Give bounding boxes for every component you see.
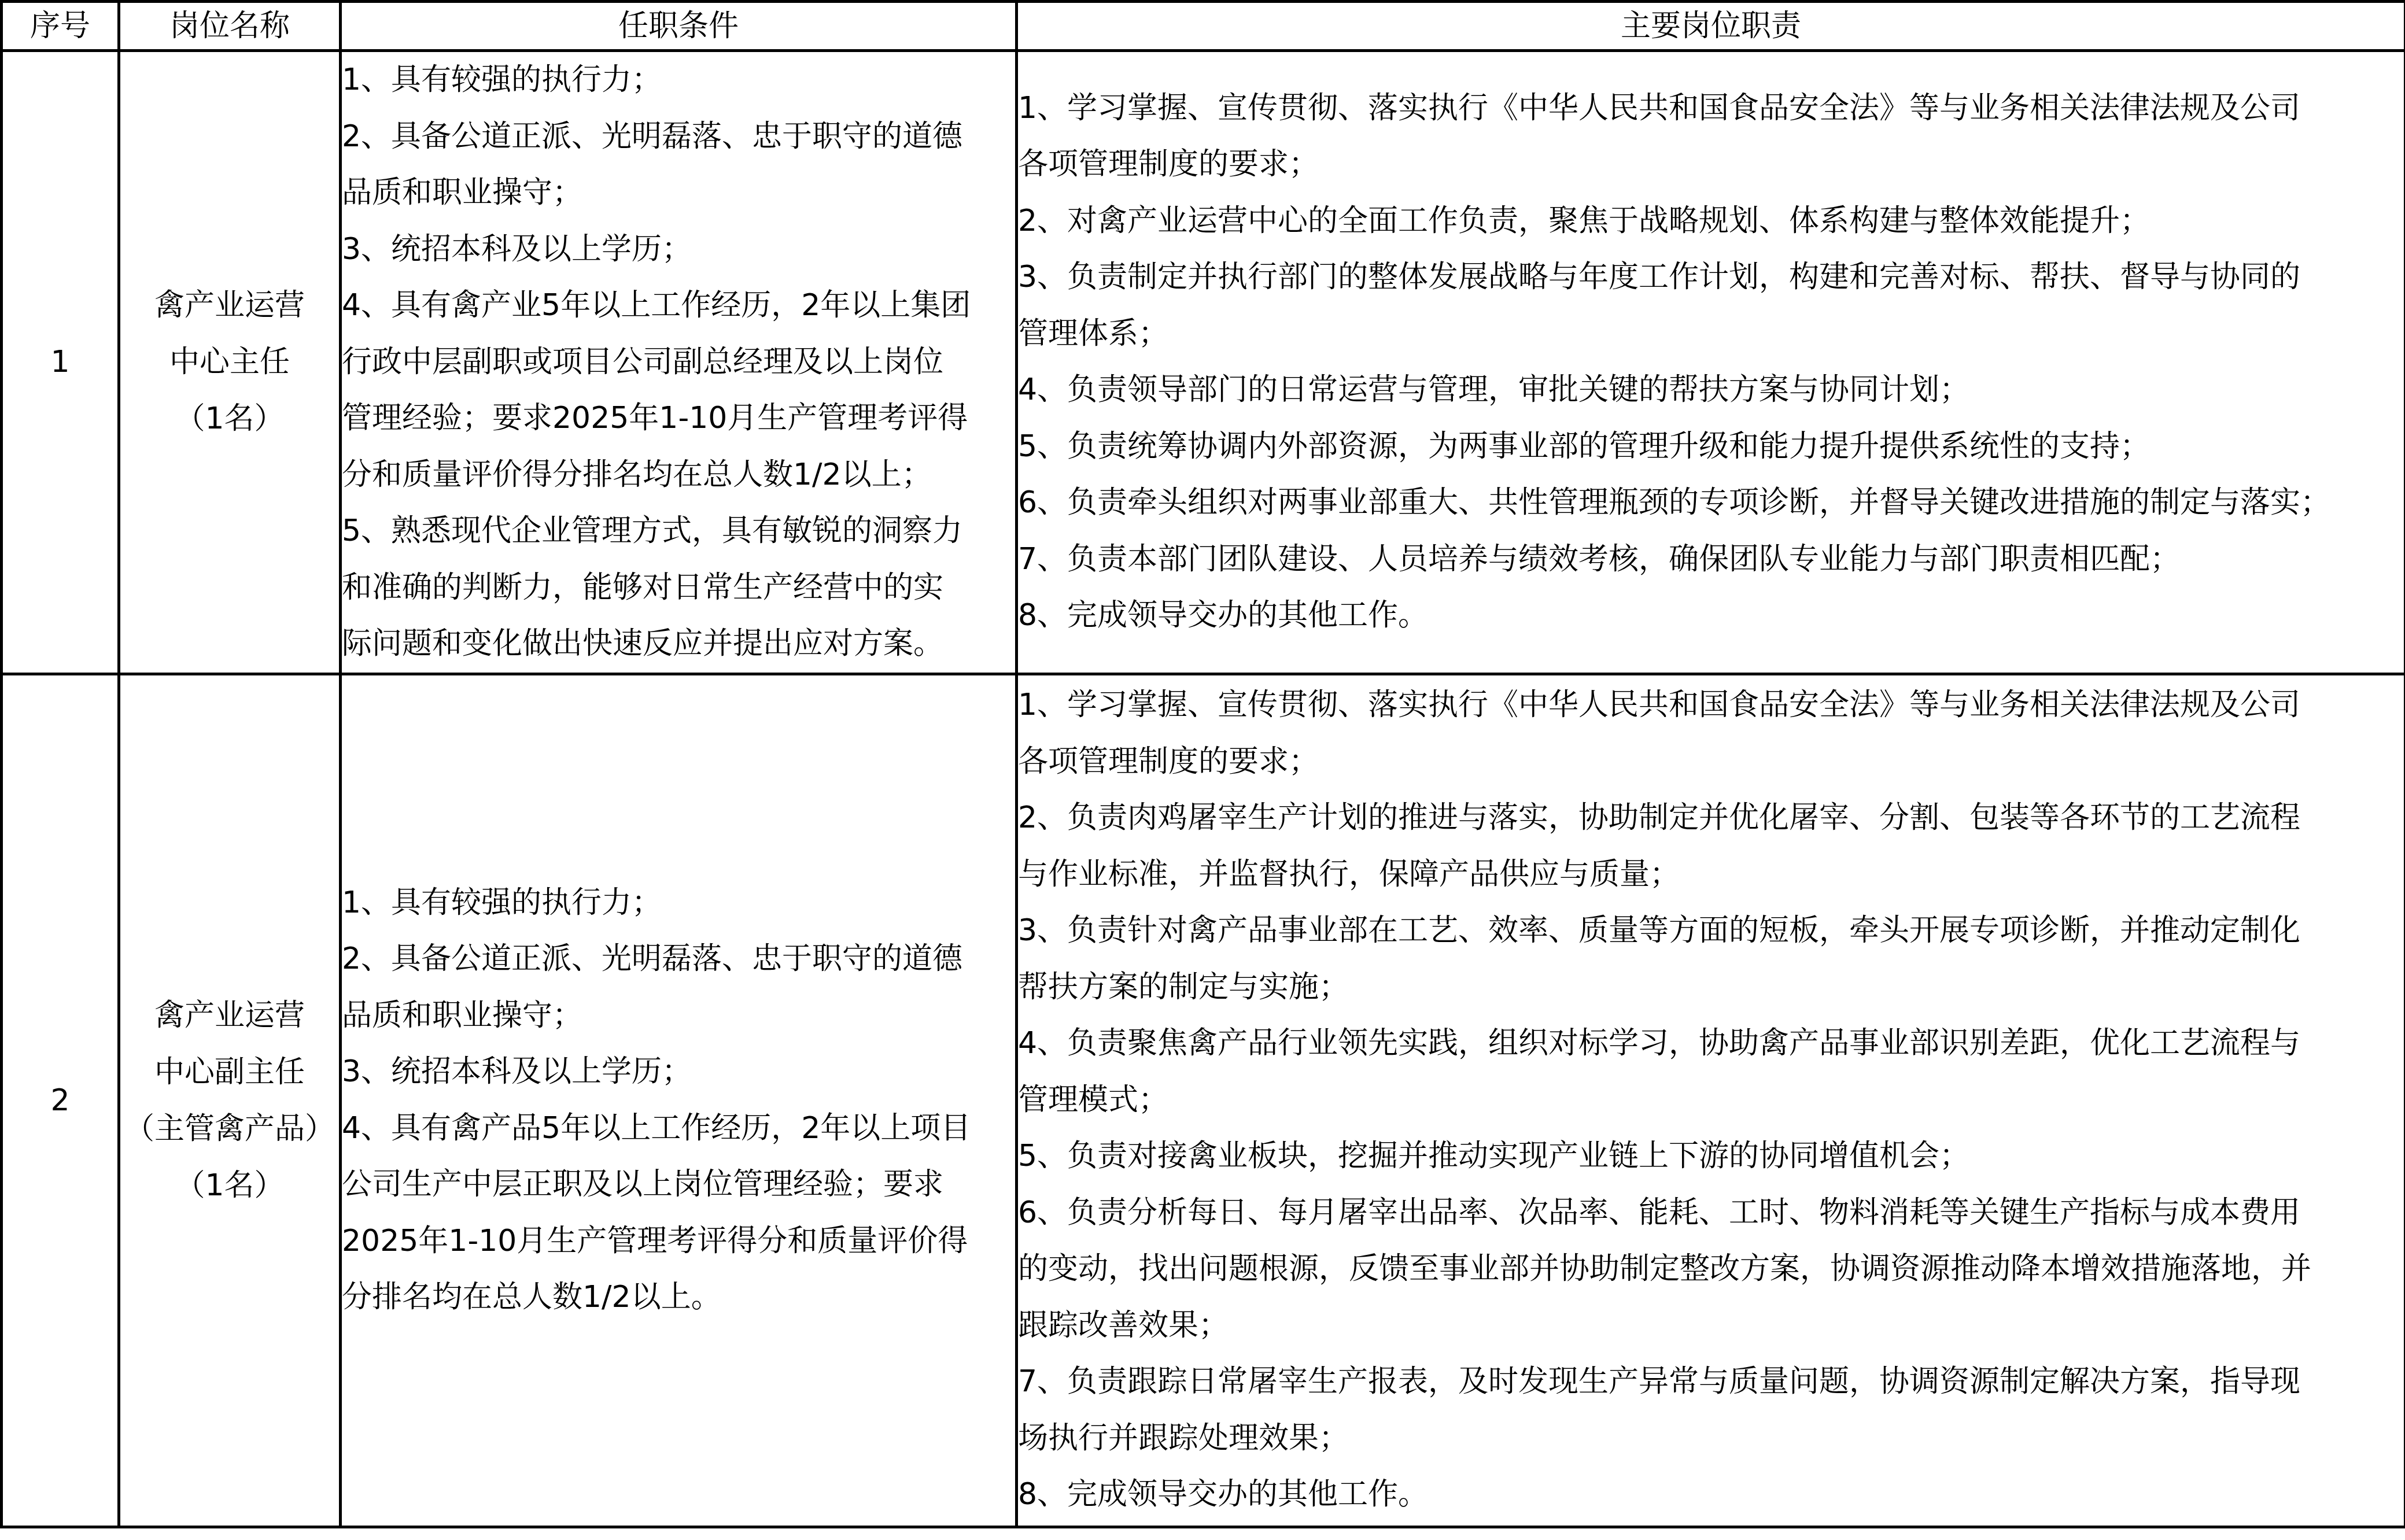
requirement-line: 4、具有禽产品5年以上工作经历，2年以上项目 xyxy=(342,1100,1015,1157)
table-row: 1 禽产业运营 中心主任 （1名） 1、具有较强的执行力； 2、具备公道正派、光… xyxy=(2,51,2405,674)
duty-line: 7、负责跟踪日常屠宰生产报表，及时发现生产异常与质量问题，协调资源制定解决方案，… xyxy=(1018,1354,2404,1410)
duty-line: 与作业标准，并监督执行，保障产品供应与质量； xyxy=(1018,847,2404,903)
duty-line: 5、负责统筹协调内外部资源，为两事业部的管理升级和能力提升提供系统性的支持； xyxy=(1018,419,2404,475)
position-name-cell: 禽产业运营 中心主任 （1名） xyxy=(119,51,341,674)
duty-line: 3、负责针对禽产品事业部在工艺、效率、质量等方面的短板，牵头开展专项诊断，并推动… xyxy=(1018,903,2404,959)
duty-line: 6、负责分析每日、每月屠宰出品率、次品率、能耗、工时、物料消耗等关键生产指标与成… xyxy=(1018,1185,2404,1242)
row-index: 1 xyxy=(2,51,119,674)
header-position-name: 岗位名称 xyxy=(119,2,341,51)
requirement-line: 公司生产中层正职及以上岗位管理经验；要求 xyxy=(342,1157,1015,1213)
position-name-line: 禽产业运营 xyxy=(120,277,339,334)
requirements-cell: 1、具有较强的执行力； 2、具备公道正派、光明磊落、忠于职守的道德 品质和职业操… xyxy=(341,674,1017,1527)
requirement-line: 行政中层副职或项目公司副总经理及以上岗位 xyxy=(342,334,1015,391)
duty-line: 4、负责领导部门的日常运营与管理，审批关键的帮扶方案与协同计划； xyxy=(1018,362,2404,419)
requirement-line: 分和质量评价得分排名均在总人数1/2以上； xyxy=(342,447,1015,504)
table-row: 2 禽产业运营 中心副主任 （主管禽产品） （1名） 1、具有较强的执行力； 2… xyxy=(2,674,2405,1527)
header-index: 序号 xyxy=(2,2,119,51)
duty-line: 场执行并跟踪处理效果； xyxy=(1018,1410,2404,1467)
requirements-cell: 1、具有较强的执行力； 2、具备公道正派、光明磊落、忠于职守的道德 品质和职业操… xyxy=(341,51,1017,674)
duty-line: 跟踪改善效果； xyxy=(1018,1298,2404,1354)
requirement-line: 3、统招本科及以上学历； xyxy=(342,1044,1015,1100)
duty-line: 3、负责制定并执行部门的整体发展战略与年度工作计划，构建和完善对标、帮扶、督导与… xyxy=(1018,249,2404,306)
requirement-line: 3、统招本科及以上学历； xyxy=(342,221,1015,278)
duty-line: 1、学习掌握、宣传贯彻、落实执行《中华人民共和国食品安全法》等与业务相关法律法规… xyxy=(1018,677,2404,734)
requirement-line: 管理经验；要求2025年1-10月生产管理考评得 xyxy=(342,390,1015,447)
header-requirements: 任职条件 xyxy=(341,2,1017,51)
header-duties: 主要岗位职责 xyxy=(1017,2,2405,51)
requirement-line: 品质和职业操守； xyxy=(342,165,1015,221)
duty-line: 帮扶方案的制定与实施； xyxy=(1018,959,2404,1016)
duty-line: 8、完成领导交办的其他工作。 xyxy=(1018,1467,2404,1523)
requirement-line: 际问题和变化做出快速反应并提出应对方案。 xyxy=(342,616,1015,673)
duty-line: 的变动，找出问题根源，反馈至事业部并协助制定整改方案，协调资源推动降本增效措施落… xyxy=(1018,1241,2404,1298)
header-row: 序号 岗位名称 任职条件 主要岗位职责 xyxy=(2,2,2405,51)
position-scope: （主管禽产品） xyxy=(120,1100,339,1157)
duty-line: 4、负责聚焦禽产品行业领先实践，组织对标学习，协助禽产品事业部识别差距，优化工艺… xyxy=(1018,1015,2404,1072)
position-name-line: 中心副主任 xyxy=(120,1044,339,1100)
position-name-line: 禽产业运营 xyxy=(120,987,339,1044)
job-positions-table: 序号 岗位名称 任职条件 主要岗位职责 1 禽产业运营 中心主任 （1名） 1、… xyxy=(0,0,2405,1528)
position-count: （1名） xyxy=(120,390,339,447)
duties-cell: 1、学习掌握、宣传贯彻、落实执行《中华人民共和国食品安全法》等与业务相关法律法规… xyxy=(1017,51,2405,674)
duties-cell: 1、学习掌握、宣传贯彻、落实执行《中华人民共和国食品安全法》等与业务相关法律法规… xyxy=(1017,674,2405,1527)
duty-line: 1、学习掌握、宣传贯彻、落实执行《中华人民共和国食品安全法》等与业务相关法律法规… xyxy=(1018,80,2404,137)
requirement-line: 1、具有较强的执行力； xyxy=(342,875,1015,932)
duty-line: 管理模式； xyxy=(1018,1072,2404,1129)
requirement-line: 品质和职业操守； xyxy=(342,988,1015,1044)
duty-line: 管理体系； xyxy=(1018,306,2404,363)
row-index: 2 xyxy=(2,674,119,1527)
duty-line: 6、负责牵头组织对两事业部重大、共性管理瓶颈的专项诊断，并督导关键改进措施的制定… xyxy=(1018,475,2404,531)
requirement-line: 和准确的判断力，能够对日常生产经营中的实 xyxy=(342,560,1015,616)
requirement-line: 5、熟悉现代企业管理方式，具有敏锐的洞察力 xyxy=(342,503,1015,560)
requirement-line: 1、具有较强的执行力； xyxy=(342,52,1015,109)
duty-line: 2、对禽产业运营中心的全面工作负责，聚焦于战略规划、体系构建与整体效能提升； xyxy=(1018,193,2404,250)
position-name-line: 中心主任 xyxy=(120,334,339,390)
requirement-line: 分排名均在总人数1/2以上。 xyxy=(342,1269,1015,1326)
duty-line: 各项管理制度的要求； xyxy=(1018,734,2404,791)
position-count: （1名） xyxy=(120,1157,339,1214)
requirement-line: 4、具有禽产业5年以上工作经历，2年以上集团 xyxy=(342,278,1015,334)
requirement-line: 2025年1-10月生产管理考评得分和质量评价得 xyxy=(342,1213,1015,1270)
duty-line: 7、负责本部门团队建设、人员培养与绩效考核，确保团队专业能力与部门职责相匹配； xyxy=(1018,531,2404,588)
duty-line: 8、完成领导交办的其他工作。 xyxy=(1018,588,2404,644)
duty-line: 2、负责肉鸡屠宰生产计划的推进与落实，协助制定并优化屠宰、分割、包装等各环节的工… xyxy=(1018,790,2404,847)
position-name-cell: 禽产业运营 中心副主任 （主管禽产品） （1名） xyxy=(119,674,341,1527)
duty-line: 5、负责对接禽业板块，挖掘并推动实现产业链上下游的协同增值机会； xyxy=(1018,1128,2404,1185)
duty-line: 各项管理制度的要求； xyxy=(1018,136,2404,193)
requirement-line: 2、具备公道正派、光明磊落、忠于职守的道德 xyxy=(342,931,1015,988)
requirement-line: 2、具备公道正派、光明磊落、忠于职守的道德 xyxy=(342,109,1015,165)
